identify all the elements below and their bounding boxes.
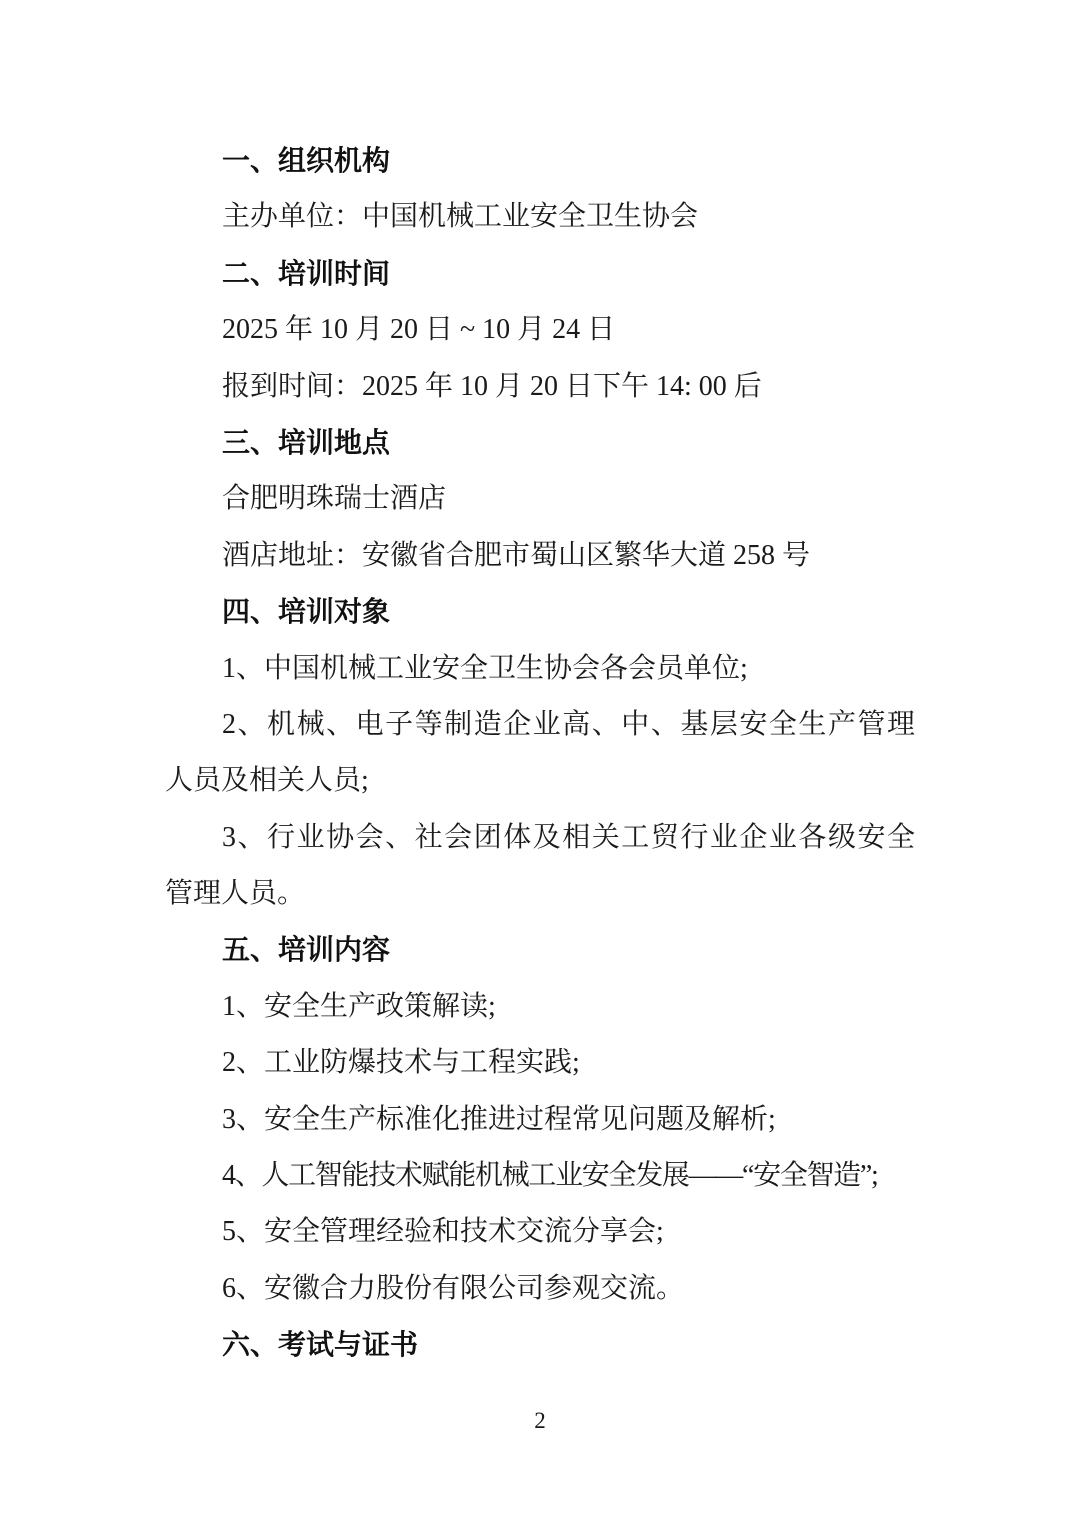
document-page: 一、组织机构主办单位：中国机械工业安全卫生协会二、培训时间2025 年 10 月…	[0, 0, 1080, 1527]
paragraph-line: 2、机械、电子等制造企业高、中、基层安全生产管理	[165, 697, 915, 753]
section-heading: 二、培训时间	[165, 246, 915, 302]
paragraph-line: 4、人工智能技术赋能机械工业安全发展——“安全智造”;	[165, 1148, 915, 1204]
paragraph-line: 6、安徽合力股份有限公司参观交流。	[165, 1261, 915, 1317]
paragraph-line: 合肥明珠瑞士酒店	[165, 471, 915, 527]
paragraph-line: 人员及相关人员;	[165, 753, 915, 809]
paragraph-line: 3、行业协会、社会团体及相关工贸行业企业各级安全	[165, 810, 915, 866]
section-heading: 六、考试与证书	[165, 1317, 915, 1373]
paragraph-line: 2、工业防爆技术与工程实践;	[165, 1035, 915, 1091]
document-body: 一、组织机构主办单位：中国机械工业安全卫生协会二、培训时间2025 年 10 月…	[165, 133, 915, 1374]
paragraph-line: 酒店地址：安徽省合肥市蜀山区繁华大道 258 号	[165, 528, 915, 584]
paragraph-line: 管理人员。	[165, 866, 915, 922]
page-footer: 2	[0, 1406, 1080, 1436]
paragraph-line: 1、安全生产政策解读;	[165, 979, 915, 1035]
section-heading: 三、培训地点	[165, 415, 915, 471]
paragraph-line: 报到时间：2025 年 10 月 20 日下午 14: 00 后	[165, 359, 915, 415]
page-number: 2	[534, 1408, 546, 1433]
paragraph-line: 1、中国机械工业安全卫生协会各会员单位;	[165, 641, 915, 697]
section-heading: 五、培训内容	[165, 922, 915, 978]
paragraph-line: 3、安全生产标准化推进过程常见问题及解析;	[165, 1092, 915, 1148]
paragraph-line: 2025 年 10 月 20 日 ~ 10 月 24 日	[165, 302, 915, 358]
section-heading: 四、培训对象	[165, 584, 915, 640]
paragraph-line: 5、安全管理经验和技术交流分享会;	[165, 1204, 915, 1260]
section-heading: 一、组织机构	[165, 133, 915, 189]
paragraph-line: 主办单位：中国机械工业安全卫生协会	[165, 189, 915, 245]
